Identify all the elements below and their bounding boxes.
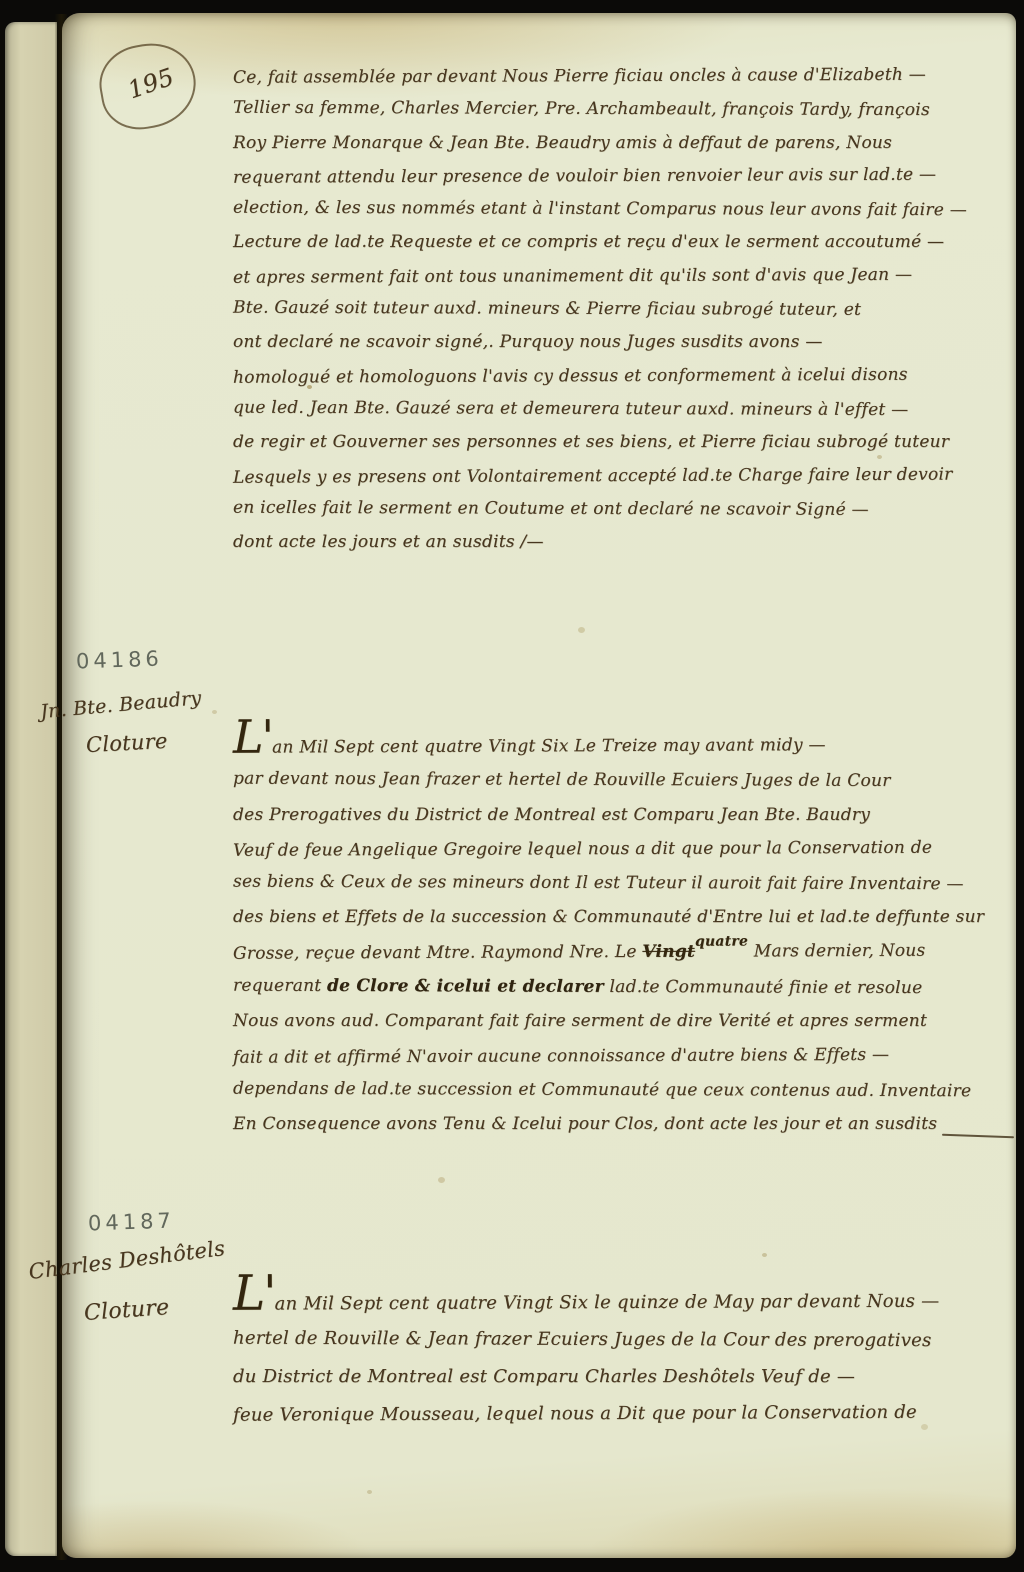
handwritten-line: election, & les sus nommés etant à l'ins… — [233, 192, 1019, 228]
handwritten-line: homologué et homologuons l'avis cy dessu… — [233, 358, 1019, 395]
entry-cloture-beaudry: L'an Mil Sept cent quatre Vingt Six Le T… — [233, 729, 1019, 1142]
handwritten-line: que led. Jean Bte. Gauzé sera et demeure… — [233, 392, 1019, 428]
handwritten-line: Bte. Gauzé soit tuteur auxd. mineurs & P… — [233, 292, 1019, 328]
entry-tutorship-continuation: Ce, fait assemblée par devant Nous Pierr… — [233, 60, 1019, 559]
handwritten-line: des biens et Effets de la succession & C… — [233, 900, 1019, 934]
handwritten-line: hertel de Rouville & Jean frazer Ecuiers… — [233, 1320, 1019, 1360]
handwritten-line: feue Veronique Mousseau, lequel nous a D… — [233, 1393, 1019, 1433]
interlinear-correction: quatre — [695, 933, 748, 949]
handwritten-line: Ce, fait assemblée par devant Nous Pierr… — [233, 58, 1019, 95]
handwritten-line: des Prerogatives du District de Montreal… — [233, 798, 1019, 832]
handwritten-line-with-emphasis: requerant de Clore & icelui et declarer … — [233, 969, 1019, 1006]
manuscript-scan: 195 Ce, fait assemblée par devant Nous P… — [0, 0, 1024, 1572]
struck-word: Vingt — [642, 941, 695, 961]
handwritten-line: Lesquels y es presens ont Volontairement… — [233, 458, 1019, 495]
line-text: requerant — [233, 976, 327, 996]
handwritten-line: Nous avons aud. Comparant fait faire ser… — [233, 1004, 1019, 1038]
line-text: lad.te Communauté finie et resolue — [604, 977, 923, 998]
handwritten-line: dependans de lad.te succession et Commun… — [233, 1072, 1019, 1109]
handwritten-line: Lecture de lad.te Requeste et ce compris… — [233, 226, 1019, 259]
adjacent-page-edge — [5, 22, 57, 1556]
page-number: 195 — [124, 63, 177, 105]
handwritten-line: dont acte les jours et an susdits /— — [233, 526, 1019, 559]
handwritten-line: L'an Mil Sept cent quatre Vingt Six Le T… — [233, 727, 1019, 765]
handwritten-line: ont declaré ne scavoir signé,. Purquoy n… — [233, 326, 1019, 359]
handwritten-line: requerant attendu leur presence de voulo… — [233, 158, 1019, 195]
handwritten-line: Tellier sa femme, Charles Mercier, Pre. … — [233, 92, 1019, 128]
handwritten-line: ses biens & Ceux de ses mineurs dont Il … — [233, 865, 1019, 902]
line-text: Grosse, reçue devant Mtre. Raymond Nre. … — [233, 942, 642, 964]
handwritten-line: Veuf de feue Angelique Gregoire lequel n… — [233, 830, 1019, 868]
archive-reference-number: 04186 — [76, 646, 164, 673]
margin-act-type: Cloture — [85, 729, 168, 757]
entry-cloture-deshotels: L'an Mil Sept cent quatre Vingt Six le q… — [233, 1284, 1019, 1432]
line-text: Mars dernier, Nous — [748, 940, 925, 961]
handwritten-line: en icelles fait le serment en Coutume et… — [233, 491, 1019, 527]
handwritten-line: Roy Pierre Monarque & Jean Bte. Beaudry … — [233, 127, 1019, 160]
handwritten-line: fait a dit et affirmé N'avoir aucune con… — [233, 1037, 1019, 1075]
handwritten-line: par devant nous Jean frazer et hertel de… — [233, 762, 1019, 799]
retraced-words: de Clore & icelui et declarer — [327, 976, 604, 997]
handwritten-line: L'an Mil Sept cent quatre Vingt Six le q… — [233, 1282, 1019, 1322]
handwritten-line-with-correction: Grosse, reçue devant Mtre. Raymond Nre. … — [233, 933, 1019, 972]
archive-reference-number: 04187 — [88, 1208, 176, 1235]
handwritten-line: et apres serment fait ont tous unanimeme… — [233, 258, 1019, 295]
handwritten-line: du District de Montreal est Comparu Char… — [233, 1358, 1019, 1395]
handwritten-line: En Consequence avons Tenu & Icelui pour … — [233, 1107, 1019, 1141]
handwritten-line: de regir et Gouverner ses personnes et s… — [233, 426, 1019, 459]
